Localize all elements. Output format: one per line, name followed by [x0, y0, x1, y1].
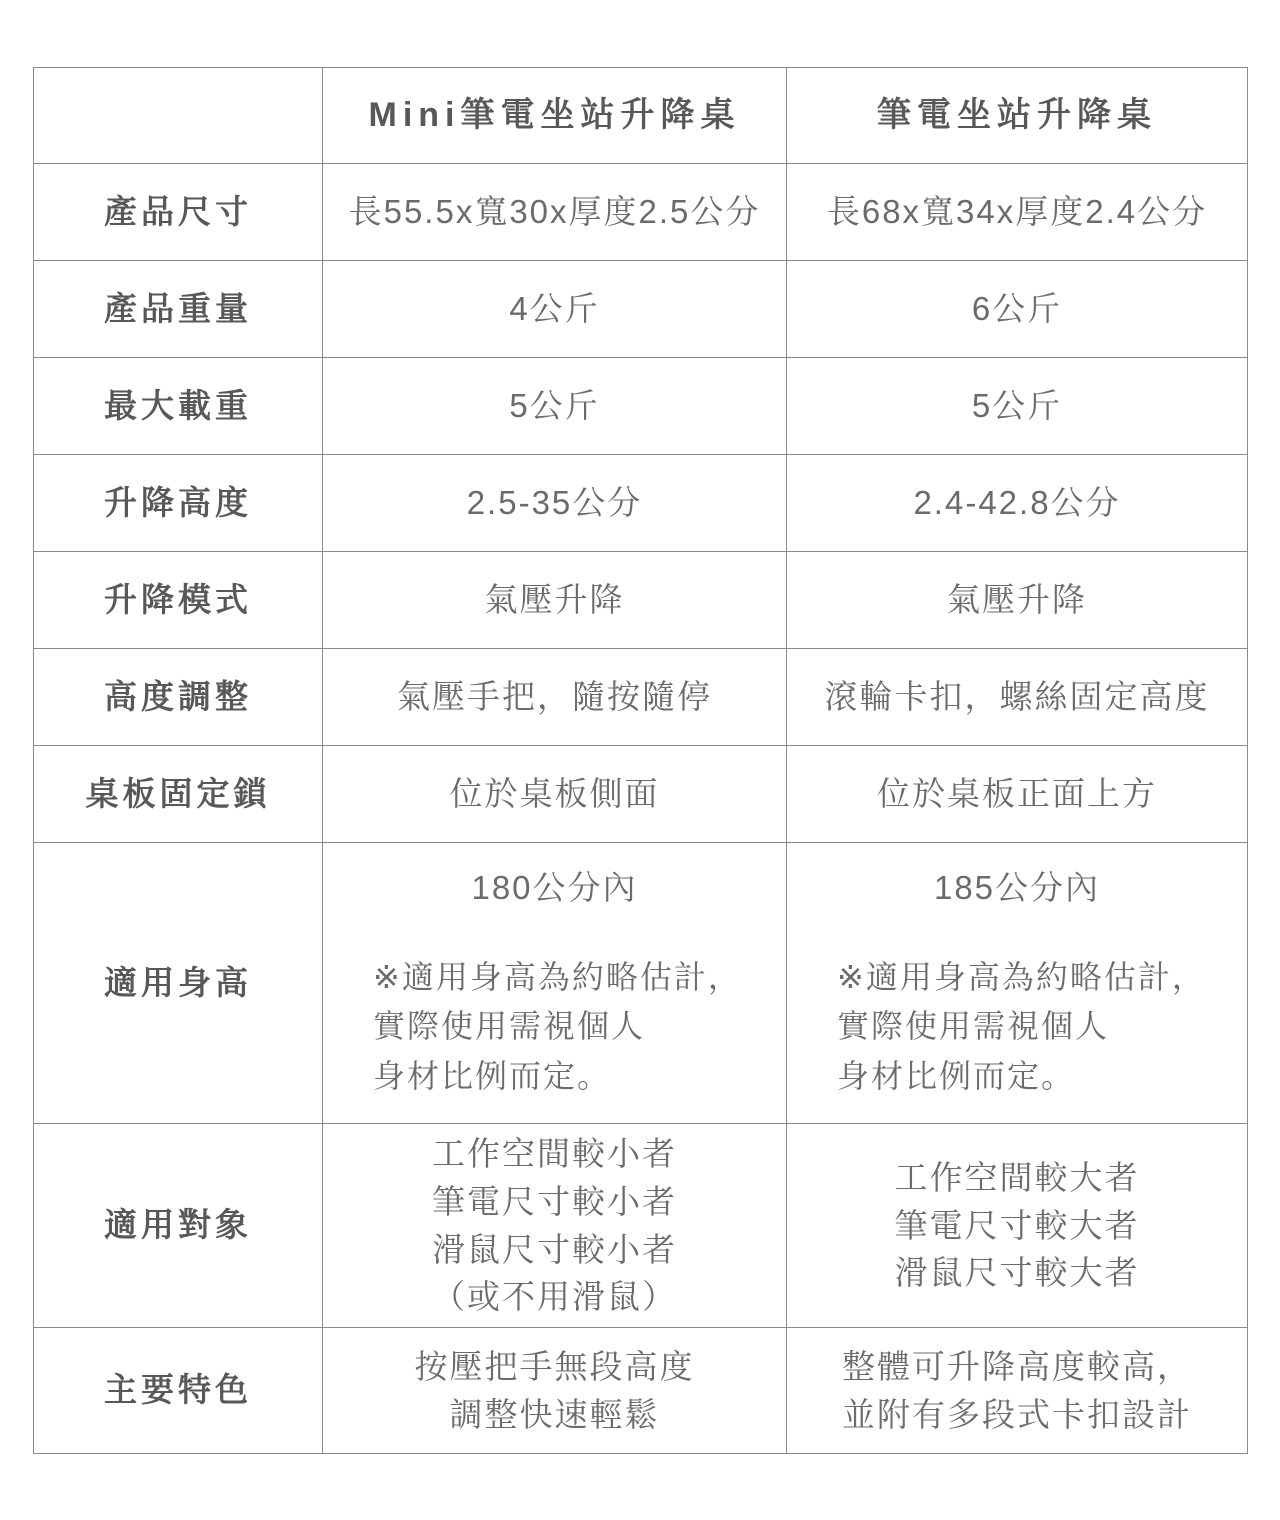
header-product-standard: 筆電坐站升降桌 [787, 68, 1248, 164]
feature-line: 調整快速輕鬆 [333, 1391, 776, 1439]
note-line: ※適用身高為約略估計， [837, 953, 1237, 1003]
cell-mini-value: 2.5-35公分 [323, 455, 787, 552]
row-label: 產品重量 [34, 261, 323, 358]
features-mini: 按壓把手無段高度 調整快速輕鬆 [333, 1343, 776, 1438]
row-label: 產品尺寸 [34, 164, 323, 261]
feature-line: 整體可升降高度較高， [797, 1343, 1237, 1391]
height-limit-standard: 185公分內 [797, 865, 1237, 911]
cell-standard-value: 位於桌板正面上方 [787, 746, 1248, 843]
height-note-mini: ※適用身高為約略估計， 實際使用需視個人 身材比例而定。 [333, 953, 776, 1102]
cell-standard-value: 5公斤 [787, 358, 1248, 455]
cell-mini-value: 180公分內 ※適用身高為約略估計， 實際使用需視個人 身材比例而定。 [323, 843, 787, 1124]
list-item: 工作空間較小者 [333, 1130, 776, 1178]
cell-standard-value: 工作空間較大者 筆電尺寸較大者 滑鼠尺寸較大者 [787, 1124, 1248, 1328]
note-line: ※適用身高為約略估計， [373, 953, 776, 1003]
row-label: 適用對象 [34, 1124, 323, 1328]
cell-mini-value: 位於桌板側面 [323, 746, 787, 843]
users-list-mini: 工作空間較小者 筆電尺寸較小者 滑鼠尺寸較小者 （或不用滑鼠） [333, 1130, 776, 1320]
cell-standard-value: 6公斤 [787, 261, 1248, 358]
row-label: 桌板固定鎖 [34, 746, 323, 843]
cell-standard-value: 滾輪卡扣，螺絲固定高度 [787, 649, 1248, 746]
row-main-features: 主要特色 按壓把手無段高度 調整快速輕鬆 整體可升降高度較高， 並附有多段式卡扣… [34, 1328, 1248, 1454]
cell-standard-value: 185公分內 ※適用身高為約略估計， 實際使用需視個人 身材比例而定。 [787, 843, 1248, 1124]
note-line: 實際使用需視個人 [373, 1002, 776, 1052]
row-label: 升降模式 [34, 552, 323, 649]
cell-mini-value: 5公斤 [323, 358, 787, 455]
list-item: 筆電尺寸較大者 [797, 1202, 1237, 1250]
row-suitable-users: 適用對象 工作空間較小者 筆電尺寸較小者 滑鼠尺寸較小者 （或不用滑鼠） 工作空… [34, 1124, 1248, 1328]
row-lift-height: 升降高度 2.5-35公分 2.4-42.8公分 [34, 455, 1248, 552]
note-line: 身材比例而定。 [373, 1052, 776, 1102]
cell-standard-value: 氣壓升降 [787, 552, 1248, 649]
features-standard: 整體可升降高度較高， 並附有多段式卡扣設計 [797, 1343, 1237, 1438]
list-item: 工作空間較大者 [797, 1154, 1237, 1202]
height-limit-mini: 180公分內 [333, 865, 776, 911]
feature-line: 按壓把手無段高度 [333, 1343, 776, 1391]
row-desk-lock: 桌板固定鎖 位於桌板側面 位於桌板正面上方 [34, 746, 1248, 843]
cell-mini-value: 氣壓升降 [323, 552, 787, 649]
cell-mini-value: 工作空間較小者 筆電尺寸較小者 滑鼠尺寸較小者 （或不用滑鼠） [323, 1124, 787, 1328]
row-label: 適用身高 [34, 843, 323, 1124]
row-label: 主要特色 [34, 1328, 323, 1454]
row-label: 升降高度 [34, 455, 323, 552]
feature-line: 並附有多段式卡扣設計 [797, 1391, 1237, 1439]
cell-standard-value: 長68x寬34x厚度2.4公分 [787, 164, 1248, 261]
row-product-size: 產品尺寸 長55.5x寬30x厚度2.5公分 長68x寬34x厚度2.4公分 [34, 164, 1248, 261]
cell-standard-value: 2.4-42.8公分 [787, 455, 1248, 552]
spec-comparison-page: Mini筆電坐站升降桌 筆電坐站升降桌 產品尺寸 長55.5x寬30x厚度2.5… [0, 0, 1280, 1520]
cell-mini-value: 按壓把手無段高度 調整快速輕鬆 [323, 1328, 787, 1454]
cell-mini-value: 長55.5x寬30x厚度2.5公分 [323, 164, 787, 261]
row-label: 高度調整 [34, 649, 323, 746]
cell-mini-value: 氣壓手把，隨按隨停 [323, 649, 787, 746]
note-line: 身材比例而定。 [837, 1052, 1237, 1102]
list-item: 滑鼠尺寸較小者 [333, 1226, 776, 1274]
header-blank-cell [34, 68, 323, 164]
list-item: （或不用滑鼠） [333, 1273, 776, 1321]
row-product-weight: 產品重量 4公斤 6公斤 [34, 261, 1248, 358]
cell-standard-value: 整體可升降高度較高， 並附有多段式卡扣設計 [787, 1328, 1248, 1454]
row-label: 最大載重 [34, 358, 323, 455]
note-line: 實際使用需視個人 [837, 1002, 1237, 1052]
product-comparison-table: Mini筆電坐站升降桌 筆電坐站升降桌 產品尺寸 長55.5x寬30x厚度2.5… [33, 67, 1248, 1454]
row-lift-mode: 升降模式 氣壓升降 氣壓升降 [34, 552, 1248, 649]
row-max-load: 最大載重 5公斤 5公斤 [34, 358, 1248, 455]
users-list-standard: 工作空間較大者 筆電尺寸較大者 滑鼠尺寸較大者 [797, 1154, 1237, 1297]
row-suitable-height: 適用身高 180公分內 ※適用身高為約略估計， 實際使用需視個人 身材比例而定。… [34, 843, 1248, 1124]
list-item: 筆電尺寸較小者 [333, 1178, 776, 1226]
header-product-mini: Mini筆電坐站升降桌 [323, 68, 787, 164]
row-height-adjustment: 高度調整 氣壓手把，隨按隨停 滾輪卡扣，螺絲固定高度 [34, 649, 1248, 746]
list-item: 滑鼠尺寸較大者 [797, 1249, 1237, 1297]
height-note-standard: ※適用身高為約略估計， 實際使用需視個人 身材比例而定。 [797, 953, 1237, 1102]
cell-mini-value: 4公斤 [323, 261, 787, 358]
header-row: Mini筆電坐站升降桌 筆電坐站升降桌 [34, 68, 1248, 164]
